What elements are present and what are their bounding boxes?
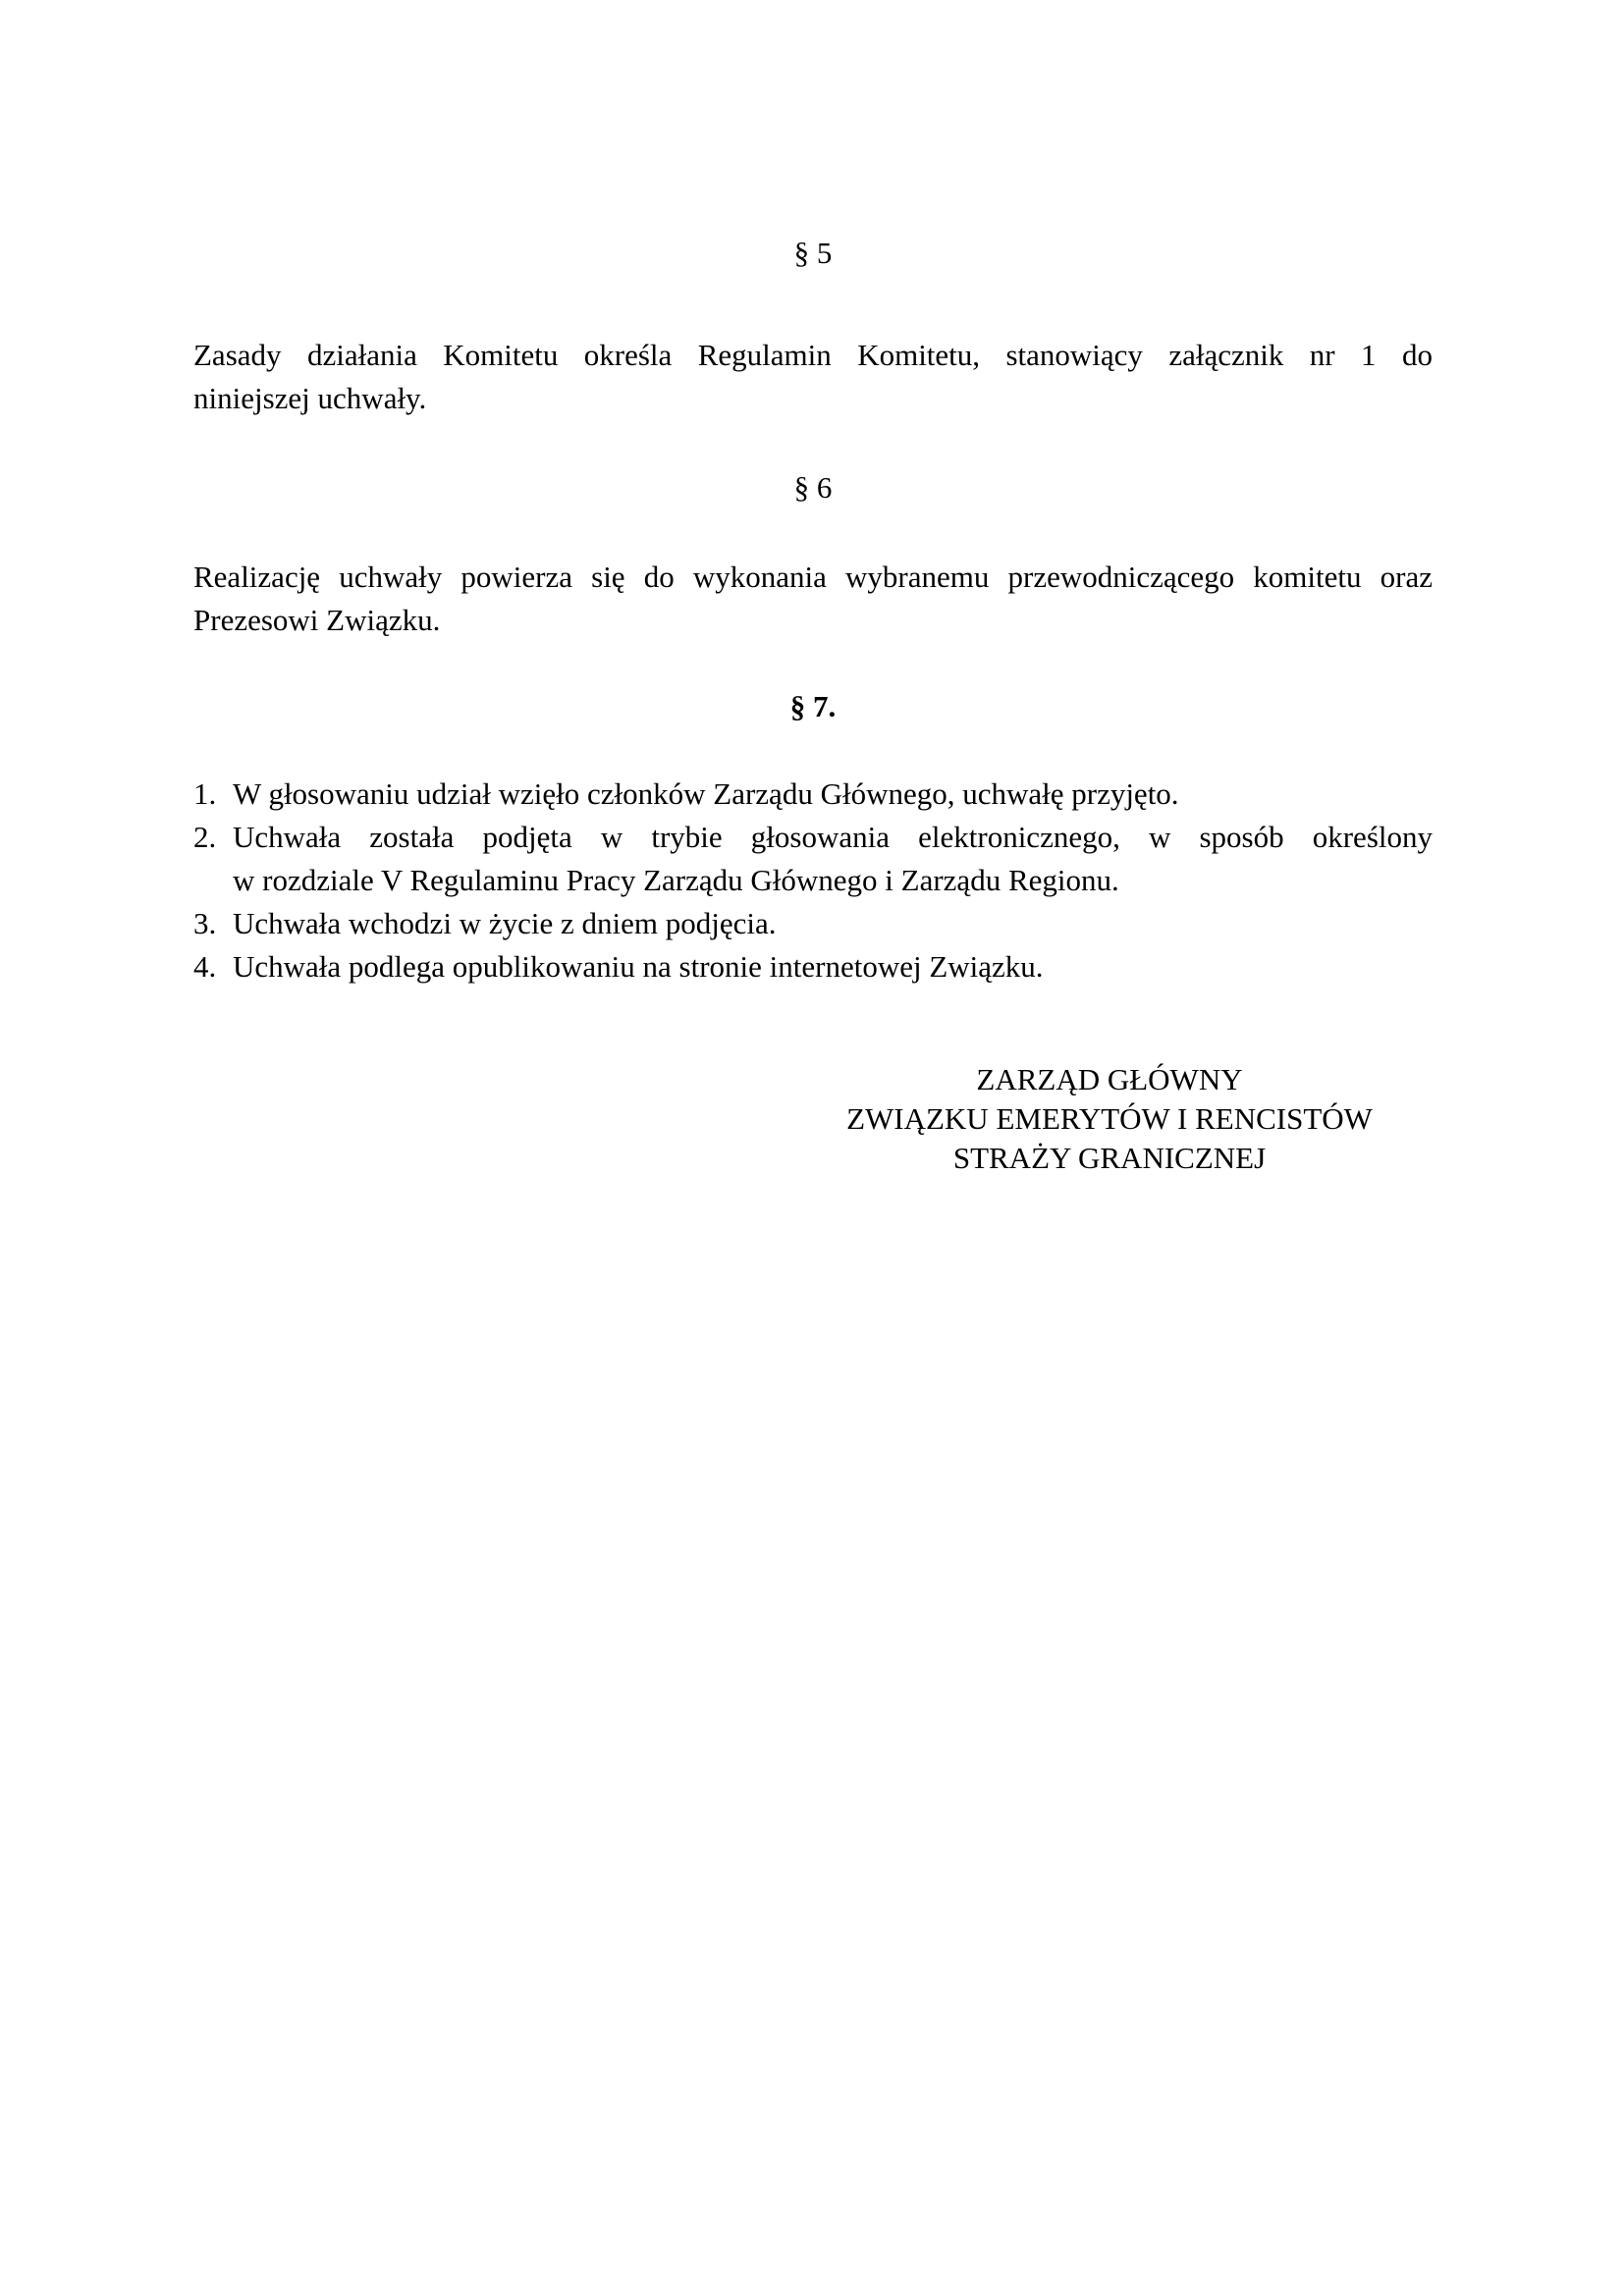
list-item: 4. Uchwała podlega opublikowaniu na stro… (193, 945, 1433, 988)
list-item-number: 2. (193, 816, 216, 859)
signature-line: ZWIĄZKU EMERYTÓW I RENCISTÓW (805, 1099, 1414, 1139)
paragraph-line: Realizację uchwały powierza się do wykon… (193, 556, 1433, 599)
list-item-number: 4. (193, 945, 216, 988)
signature-line: STRAŻY GRANICZNEJ (805, 1139, 1414, 1178)
list-item: 2. Uchwała została podjęta w trybie głos… (193, 816, 1433, 902)
list-item-number: 1. (193, 773, 216, 816)
list-item: 1. W głosowaniu udział wzięło członków Z… (193, 773, 1433, 816)
signature-block: ZARZĄD GŁÓWNY ZWIĄZKU EMERYTÓW I RENCIST… (805, 1060, 1414, 1178)
document-page: § 5 Zasady działania Komitetu określa Re… (0, 0, 1624, 2296)
section-7-list: 1. W głosowaniu udział wzięło członków Z… (193, 773, 1433, 988)
section-heading-7: § 7. (193, 685, 1433, 728)
list-item-text: Uchwała podlega opublikowaniu na stronie… (233, 945, 1433, 988)
list-item: 3. Uchwała wchodzi w życie z dniem podję… (193, 902, 1433, 945)
paragraph-line: Zasady działania Komitetu określa Regula… (193, 334, 1433, 377)
list-item-number: 3. (193, 902, 216, 945)
list-item-text: Uchwała została podjęta w trybie głosowa… (233, 816, 1433, 859)
list-item-text: Uchwała wchodzi w życie z dniem podjęcia… (233, 902, 1433, 945)
section-heading-5: § 5 (193, 232, 1433, 275)
list-item-text: W głosowaniu udział wzięło członków Zarz… (233, 773, 1433, 816)
section-5-paragraph: Zasady działania Komitetu określa Regula… (193, 334, 1433, 420)
paragraph-line: niniejszej uchwały. (193, 377, 1433, 420)
list-item-text: w rozdziale V Regulaminu Pracy Zarządu G… (233, 859, 1433, 902)
paragraph-line: Prezesowi Związku. (193, 599, 1433, 642)
section-heading-6: § 6 (193, 466, 1433, 509)
section-6-paragraph: Realizację uchwały powierza się do wykon… (193, 556, 1433, 642)
signature-line: ZARZĄD GŁÓWNY (805, 1060, 1414, 1099)
